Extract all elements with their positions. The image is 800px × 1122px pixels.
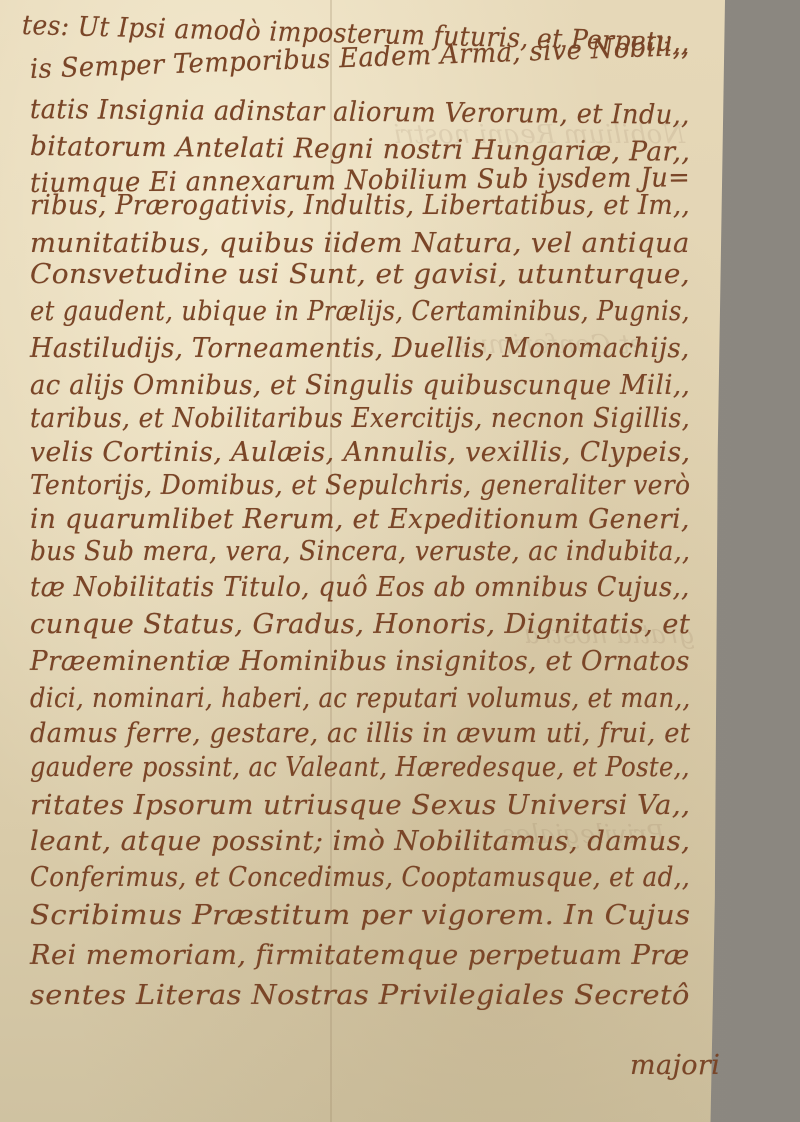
text-line: et gaudent, ubique in Prælijs, Certamini… — [30, 296, 690, 327]
text-line: tæ Nobilitatis Titulo, quô Eos ab omnibu… — [30, 572, 690, 603]
text-line: cunque Status, Gradus, Honoris, Dignitat… — [30, 609, 690, 640]
text-line: Consvetudine usi Sunt, et gavisi, utuntu… — [30, 259, 690, 290]
text-line: bus Sub mera, vera, Sincera, veruste, ac… — [30, 536, 690, 567]
text-line: munitatibus, quibus iidem Natura, vel an… — [30, 228, 690, 259]
text-line: damus ferre, gestare, ac illis in ævum u… — [30, 718, 690, 749]
text-line: sentes Literas Nostras Privilegiales Sec… — [30, 980, 690, 1011]
text-line: gaudere possint, ac Valeant, Hæredesque,… — [30, 752, 690, 783]
text-line: tatis Insignia adinstar aliorum Verorum,… — [30, 94, 690, 131]
text-line: Rei memoriam, firmitatemque perpetuam Pr… — [30, 940, 690, 971]
text-line: dici, nominari, haberi, ac reputari volu… — [30, 683, 691, 714]
handwritten-text: tes: Ut Ipsi amodò imposterum futuris, e… — [0, 0, 725, 1122]
text-line: Conferimus, et Concedimus, Cooptamusque,… — [30, 862, 690, 893]
text-line: Tentorijs, Domibus, et Sepulchris, gener… — [30, 470, 690, 501]
text-line: in quarumlibet Rerum, et Expeditionum Ge… — [30, 504, 690, 535]
text-line: ac alijs Omnibus, et Singulis quibuscunq… — [30, 370, 690, 401]
text-line: ritates Ipsorum utriusque Sexus Universi… — [30, 790, 690, 821]
text-line: leant, atque possint; imò Nobilitamus, d… — [30, 826, 690, 857]
text-line: ribus, Prærogativis, Indultis, Libertati… — [30, 190, 690, 221]
text-line: Scribimus Præstitum per vigorem. In Cuju… — [30, 900, 690, 931]
text-line: Hastiludijs, Torneamentis, Duellis, Mono… — [30, 333, 690, 364]
text-line: taribus, et Nobilitaribus Exercitijs, ne… — [30, 403, 690, 434]
text-line: velis Cortinis, Aulæis, Annulis, vexilli… — [30, 437, 690, 468]
photo-background: Nobilium Regni nostri et Conferimus grat… — [0, 0, 800, 1122]
text-line: Præeminentiæ Hominibus insignitos, et Or… — [30, 646, 690, 677]
text-line: majori — [630, 1050, 720, 1081]
